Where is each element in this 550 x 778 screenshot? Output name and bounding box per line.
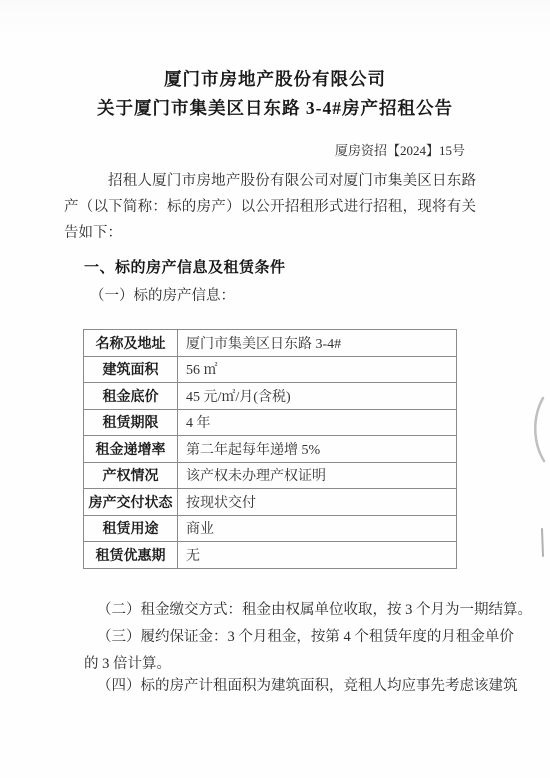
section-one-heading: 一、标的房产信息及租赁条件: [84, 256, 286, 277]
paragraph-line: （三）履约保证金：3 个月租金，按第 4 个租赁年度的月租金单价: [84, 624, 484, 651]
paragraph-line: （二）租金缴交方式：租金由权属单位收取，按 3 个月为一期结算。: [84, 597, 484, 624]
row-label: 租赁用途: [84, 515, 178, 542]
row-label: 租金底价: [84, 383, 178, 410]
row-value: 商业: [178, 515, 457, 542]
table-row: 租赁用途 商业: [84, 515, 457, 542]
intro-line: 招租人厦门市房地产股份有限公司对厦门市集美区日东路 3-4#房: [64, 168, 476, 194]
row-value: 45 元/㎡/月(含税): [178, 383, 457, 410]
row-label: 租赁优惠期: [84, 542, 178, 569]
document-number: 厦房资招【2024】15号: [335, 140, 465, 159]
table-row: 建筑面积 56 ㎡: [84, 356, 457, 383]
row-value: 4 年: [178, 409, 457, 436]
table-row: 名称及地址 厦门市集美区日东路 3-4#: [84, 330, 457, 357]
intro-line: 产（以下简称：标的房产）以公开招租形式进行招租，现将有关事项公: [64, 194, 476, 220]
subsection-one-heading: （一）标的房产信息：: [90, 284, 235, 305]
property-info-table: 名称及地址 厦门市集美区日东路 3-4# 建筑面积 56 ㎡ 租金底价 45 元…: [83, 329, 457, 569]
table-row: 租赁期限 4 年: [84, 409, 457, 436]
scan-crease-mark: [535, 398, 544, 461]
table-row: 房产交付状态 按现状交付: [84, 489, 457, 516]
scanned-document-page: 厦门市房地产股份有限公司 关于厦门市集美区日东路 3-4#房产招租公告 厦房资招…: [0, 0, 550, 778]
row-label: 名称及地址: [84, 330, 178, 357]
row-label: 租金递增率: [84, 436, 178, 463]
table-row: 租赁优惠期 无: [84, 542, 457, 569]
row-value: 该产权未办理产权证明: [178, 462, 457, 489]
paragraph-item-three: （三）履约保证金：3 个月租金，按第 4 个租赁年度的月租金单价 的 3 倍计算…: [84, 624, 484, 678]
intro-paragraph: 招租人厦门市房地产股份有限公司对厦门市集美区日东路 3-4#房 产（以下简称：标…: [64, 168, 476, 246]
row-value: 按现状交付: [178, 489, 457, 516]
row-value: 厦门市集美区日东路 3-4#: [178, 330, 457, 357]
announcement-title: 关于厦门市集美区日东路 3-4#房产招租公告: [0, 95, 550, 120]
table-row: 租金递增率 第二年起每年递增 5%: [84, 436, 457, 463]
row-value: 第二年起每年递增 5%: [178, 436, 457, 463]
row-value: 56 ㎡: [178, 356, 457, 383]
scan-line-mark: [542, 529, 543, 556]
intro-line: 告如下：: [64, 220, 476, 246]
table-row: 产权情况 该产权未办理产权证明: [84, 462, 457, 489]
row-label: 产权情况: [84, 462, 178, 489]
paragraph-item-four: （四）标的房产计租面积为建筑面积，竞租人均应事先考虑该建筑: [84, 673, 484, 700]
paragraph-item-two: （二）租金缴交方式：租金由权属单位收取，按 3 个月为一期结算。: [84, 597, 484, 624]
row-label: 租赁期限: [84, 409, 178, 436]
table-row: 租金底价 45 元/㎡/月(含税): [84, 383, 457, 410]
row-label: 房产交付状态: [84, 489, 178, 516]
paragraph-line: （四）标的房产计租面积为建筑面积，竞租人均应事先考虑该建筑: [84, 673, 484, 700]
company-title: 厦门市房地产股份有限公司: [0, 66, 550, 91]
row-value: 无: [178, 542, 457, 569]
row-label: 建筑面积: [84, 356, 178, 383]
